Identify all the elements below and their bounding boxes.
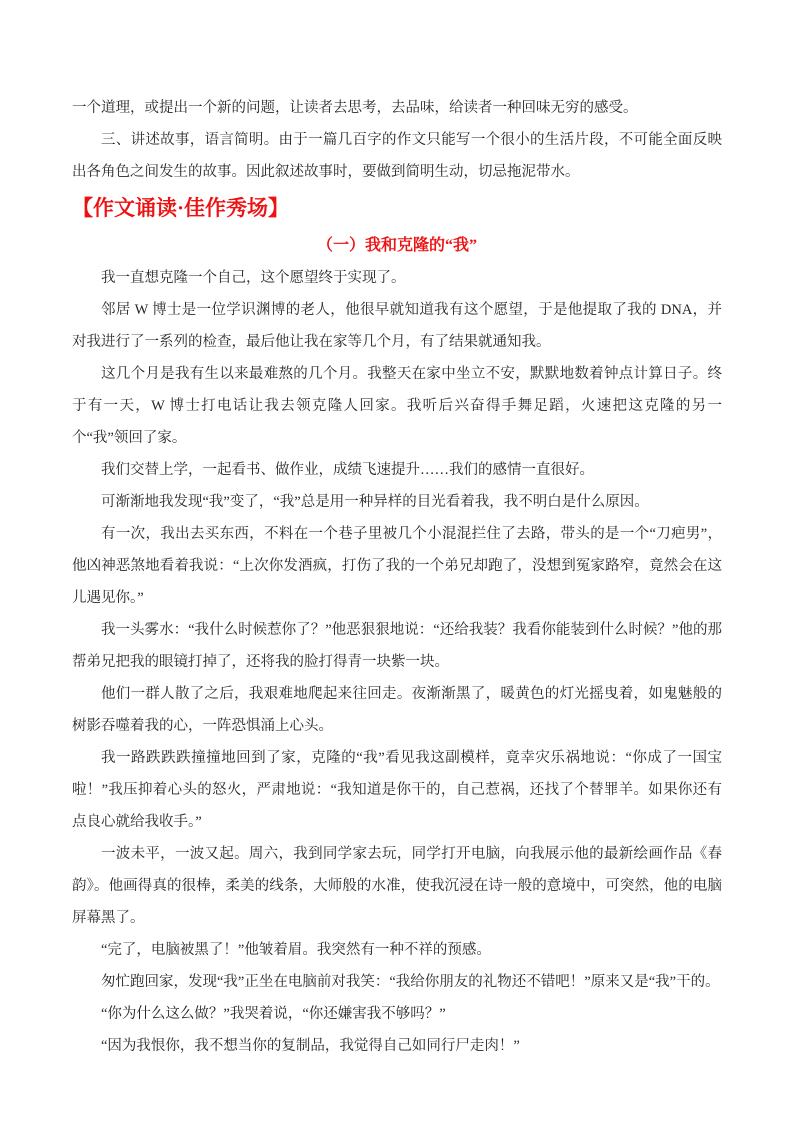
essay-paragraph: 可渐渐地我发现“我”变了，“我”总是用一种异样的目光看着我，我不明白是什么原因。 [72, 486, 722, 518]
essay-paragraph: “你为什么这么做？”我哭着说，“你还嫌害我不够吗？” [72, 998, 722, 1030]
essay-paragraph: 他们一群人散了之后，我艰难地爬起来往回走。夜渐渐黑了，暖黄色的灯光摇曳着，如鬼魅… [72, 678, 722, 742]
essay-paragraph: 有一次，我出去买东西，不料在一个巷子里被几个小混混拦住了去路，带头的是一个“刀疤… [72, 518, 722, 614]
essay-body: 我一直想克隆一个自己，这个愿望终于实现了。邻居 W 博士是一位学识渊博的老人，他… [72, 262, 722, 1062]
essay-paragraph: 我一直想克隆一个自己，这个愿望终于实现了。 [72, 262, 722, 294]
document-content: 一个道理，或提出一个新的问题，让读者去思考，去品味，给读者一种回味无穷的感受。 … [72, 92, 722, 1062]
essay-paragraph: 邻居 W 博士是一位学识渊博的老人，他很早就知道我有这个愿望，于是他提取了我的 … [72, 294, 722, 358]
essay-paragraph: 我们交替上学，一起看书、做作业，成绩飞速提升……我们的感情一直很好。 [72, 454, 722, 486]
paragraph-continuation: 一个道理，或提出一个新的问题，让读者去思考，去品味，给读者一种回味无穷的感受。 [72, 92, 722, 124]
essay-paragraph: 我一头雾水：“我什么时候惹你了？”他恶狠狠地说：“还给我装？我看你能装到什么时候… [72, 614, 722, 678]
essay-paragraph: “因为我恨你，我不想当你的复制品，我觉得自己如同行尸走肉！” [72, 1030, 722, 1062]
essay-paragraph: 这几个月是我有生以来最难熬的几个月。我整天在家中坐立不安，默默地数着钟点计算日子… [72, 358, 722, 454]
essay-paragraph: 我一路跌跌跌撞撞地回到了家，克隆的“我”看见我这副模样，竟幸灾乐祸地说：“你成了… [72, 742, 722, 838]
essay-paragraph: 一波未平，一波又起。周六，我到同学家去玩，同学打开电脑，向我展示他的最新绘画作品… [72, 838, 722, 934]
section-heading: 【作文诵读·佳作秀场】 [72, 191, 722, 225]
essay-paragraph: 匆忙跑回家，发现“我”正坐在电脑前对我笑：“我给你朋友的礼物还不错吧！”原来又是… [72, 966, 722, 998]
document-page: 一个道理，或提出一个新的问题，让读者去思考，去品味，给读者一种回味无穷的感受。 … [0, 0, 793, 1122]
essay-paragraph: “完了，电脑被黑了！”他皱着眉。我突然有一种不祥的预感。 [72, 934, 722, 966]
paragraph-point-three: 三、讲述故事，语言简明。由于一篇几百字的作文只能写一个很小的生活片段，不可能全面… [72, 124, 722, 188]
essay-title: （一）我和克隆的“我” [72, 230, 722, 261]
